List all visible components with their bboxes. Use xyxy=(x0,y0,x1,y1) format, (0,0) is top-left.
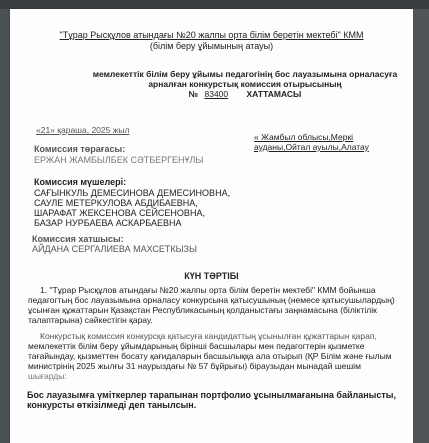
protocol-number: № 83400 ХАТТАМАСЫ xyxy=(80,89,410,99)
chair-name: ЕРЖАН ЖАМБЫЛБЕК СӘТБЕРГЕНҰЛЫ xyxy=(34,155,203,165)
member-1: САҒЫНКУЛЬ ДЕМЕСИНОВА ДЕМЕСИНОВНА, xyxy=(34,188,230,198)
agenda-item1-line1: 1. "Тұрар Рысқұлов атындағы №20 жалпы ор… xyxy=(40,285,376,295)
title-line2: арналған конкурстық комиссия отырысының xyxy=(80,79,410,89)
scrollbar-track[interactable] xyxy=(413,9,429,443)
agenda-heading: КҮН ТӘРТІБІ xyxy=(10,271,413,281)
agenda-item1-line3: ұсынған құжаттарын Қазақстан Республикас… xyxy=(28,305,377,315)
agenda-item1-line4: талаптарына) сәйкестігін қарау. xyxy=(28,315,153,325)
para2-line5: шығарды: xyxy=(28,371,67,381)
para2-line1: Конкурстық комиссия конкурсқа қатысуға к… xyxy=(40,331,377,341)
school-caption: (білім беру ұйымының атауы) xyxy=(10,41,413,51)
agenda-item1-line2: педагогтың бос лауазымына орналасу конку… xyxy=(28,295,395,305)
location-line2: ауданы,Ойтал ауылы,Алатау xyxy=(254,142,369,152)
secretary-label: Комиссия хатшысы: xyxy=(32,234,124,244)
decision-line1: Бос лауазымға үміткерлер тарапынан портф… xyxy=(27,390,396,400)
doc-type: ХАТТАМАСЫ xyxy=(247,89,302,99)
members-label: Комиссия мүшелері: xyxy=(34,177,126,187)
location-line1: « Жамбыл облысы,Меркі xyxy=(254,132,353,142)
decision-line2: конкурсты өткізілмеді деп танылсын. xyxy=(27,400,196,410)
number-prefix: № xyxy=(189,89,198,99)
protocol-date: «21» қараша, 2025 жыл xyxy=(36,125,129,135)
title-line1: мемлекеттік білім беру ұйымы педагогінің… xyxy=(80,69,410,79)
viewer-toolbar xyxy=(0,0,429,9)
chair-label: Комиссия төрағасы: xyxy=(34,144,125,154)
secretary-name: АЙДАНА СЕРГАЛИЕВА МАХСЕТКЫЗЫ xyxy=(32,244,197,254)
para2-line2: мемлекеттік білім беру ұйымдарының бірін… xyxy=(28,341,364,351)
number-value: 83400 xyxy=(201,89,245,99)
para2-line4: министрінің 2025 жылғы 31 наурыздағы № 5… xyxy=(28,361,361,371)
member-2: САУЛЕ МЕТЕРКУЛОВА АБДИБАЕВНА, xyxy=(34,198,198,208)
document-page: "Тұрар Рысқұлов атындағы №20 жалпы орта … xyxy=(10,9,413,443)
school-name-text: "Тұрар Рысқұлов атындағы №20 жалпы орта … xyxy=(60,30,364,40)
member-3: ШАРАФАТ ЖЕКСЕНОВА СЕЙСЕНОВНА, xyxy=(34,208,205,218)
para2-line3: тағайындау, қызметтен босату қағидаларын… xyxy=(28,351,392,361)
member-4: БАЗАР НУРБАЕВА АСКАРБАЕВНА xyxy=(34,218,181,228)
school-name: "Тұрар Рысқұлов атындағы №20 жалпы орта … xyxy=(10,30,413,40)
